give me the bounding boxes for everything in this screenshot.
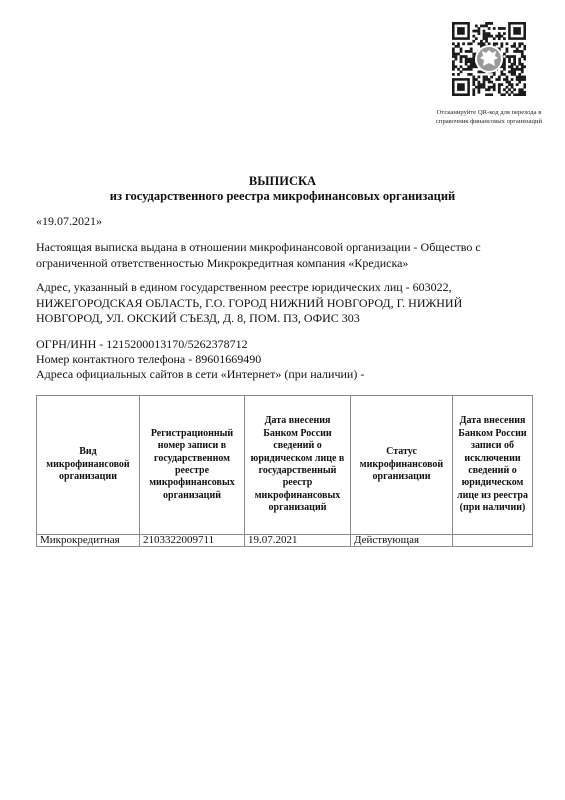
cell-mfo-type: Микрокредитная — [37, 535, 140, 547]
intro-paragraph: Настоящая выписка выдана в отношении мик… — [36, 240, 481, 271]
header-mfo-type: Вид микрофинансовой организации — [37, 396, 140, 535]
cell-reg-number: 2103322009711 — [140, 535, 245, 547]
qr-caption: Отсканируйте QR-код для перехода в справ… — [432, 108, 546, 126]
cell-exclusion-date — [453, 535, 533, 547]
document-title: ВЫПИСКА из государственного реестра микр… — [0, 174, 565, 204]
websites-line: Адреса официальных сайтов в сети «Интерн… — [36, 367, 364, 383]
header-inclusion-date: Дата внесения Банком России сведений о ю… — [245, 396, 351, 535]
header-reg-number: Регистрационный номер записи в государст… — [140, 396, 245, 535]
address-paragraph: Адрес, указанный в едином государственно… — [36, 280, 462, 327]
header-exclusion-date: Дата внесения Банком России записи об ис… — [453, 396, 533, 535]
title-heading: ВЫПИСКА — [0, 174, 565, 189]
document-date: «19.07.2021» — [36, 214, 102, 230]
table-row: Микрокредитная 2103322009711 19.07.2021 … — [37, 535, 533, 547]
cell-inclusion-date: 19.07.2021 — [245, 535, 351, 547]
cell-status: Действующая — [351, 535, 453, 547]
registry-table: Вид микрофинансовой организации Регистра… — [36, 395, 533, 547]
header-status: Статус микрофинансовой организации — [351, 396, 453, 535]
contact-phone: Номер контактного телефона - 89601669490 — [36, 352, 261, 368]
title-subheading: из государственного реестра микрофинансо… — [0, 189, 565, 204]
qr-block: Отсканируйте QR-код для перехода в справ… — [432, 22, 546, 126]
ogrn-inn: ОГРН/ИНН - 1215200013170/5262378712 — [36, 337, 248, 353]
qr-code-icon[interactable] — [452, 22, 526, 96]
table-header-row: Вид микрофинансовой организации Регистра… — [37, 396, 533, 535]
